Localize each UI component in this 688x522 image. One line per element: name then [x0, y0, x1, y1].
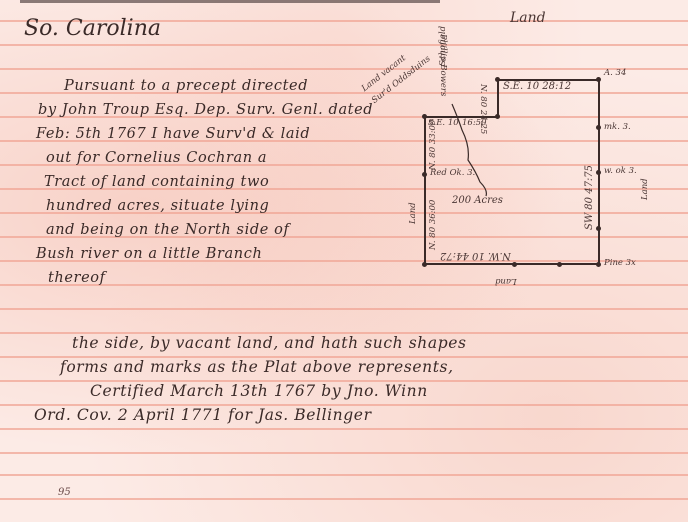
line-right-bearing: SW 80 47:75 — [584, 165, 595, 230]
line-left-lower-bearing: N. 80 36:00 — [428, 200, 438, 250]
line-top-bearing: S.E. 10 28:12 — [503, 81, 571, 92]
branch-creek-line — [0, 0, 688, 522]
plat-acreage: 200 Acres — [452, 195, 503, 206]
label-land-west: Land — [408, 202, 418, 224]
line-bottom-bearing: N.W. 10 44:72 — [440, 250, 511, 261]
label-schofield: Schofield — [438, 26, 448, 66]
marker-red-oak: Red Ok. 3. — [430, 168, 475, 178]
line-step-top-bearing: S.E. 10 — [428, 118, 459, 128]
label-land-bottom: Land — [495, 276, 517, 286]
marker-white-oak: w. ok 3. — [604, 166, 637, 176]
label-land-right: Land — [640, 178, 650, 200]
document-page: So. Carolina Pursuant to a precept direc… — [0, 0, 688, 522]
marker-ne-corner: A. 34 — [604, 68, 626, 78]
marker-mk3: mk. 3. — [604, 122, 631, 132]
label-land-top: Land — [510, 10, 546, 26]
marker-pine-se: Pine 3x — [604, 258, 636, 268]
line-step-vert-bearing: N. 80 24:25 — [478, 84, 488, 134]
